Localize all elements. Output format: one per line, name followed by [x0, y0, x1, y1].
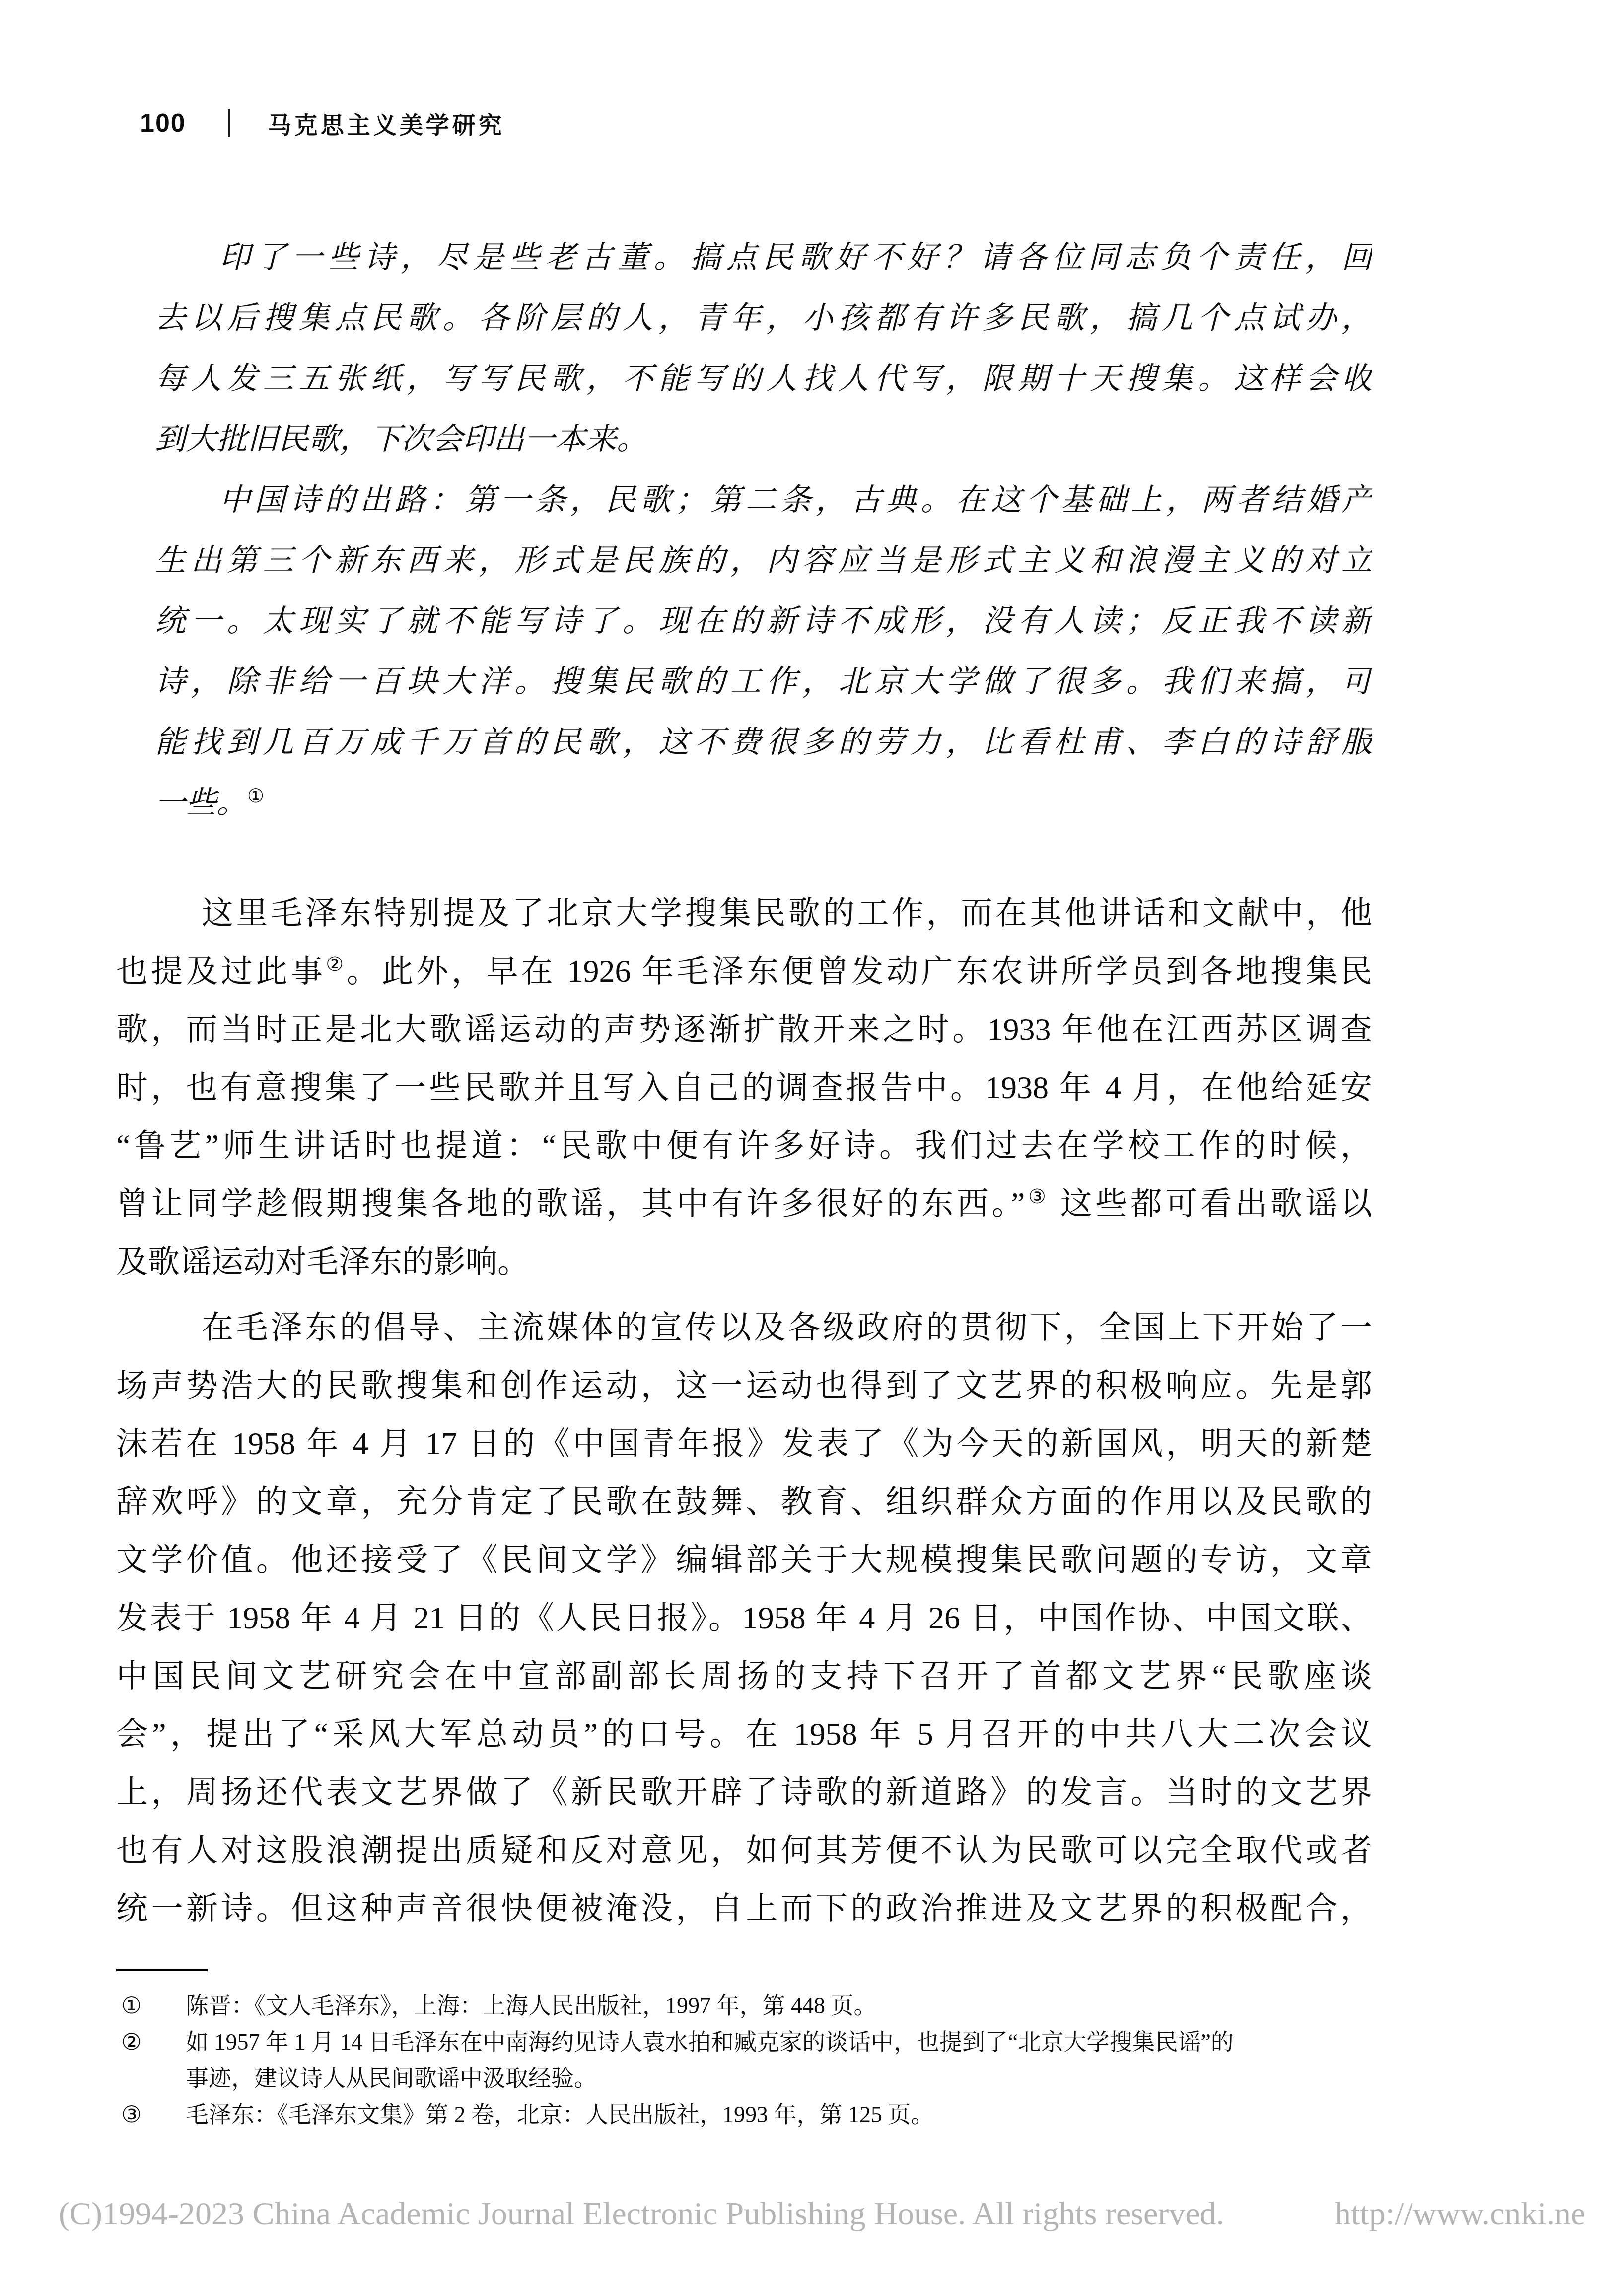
footnote-ref-1: ①	[247, 786, 264, 807]
footnote-ref-3: ③	[1025, 1186, 1049, 1208]
page-number: 100	[140, 108, 186, 138]
scanned-journal-page: 100 马克思主义美学研究 印了一些诗，尽是些老古董。搞点民歌好不好？请各位同志…	[0, 0, 1624, 2288]
body-line-text: 这些都可看出歌谣以	[1049, 1186, 1372, 1221]
journal-title: 马克思主义美学研究	[268, 107, 505, 140]
footnote-2-marker: ②	[116, 2024, 186, 2060]
cnki-url-watermark: http://www.cnki.ne	[1335, 2195, 1585, 2233]
body-line-text: 。此外，早在 1926 年毛泽东便曾发动广东农讲所学员到各地搜集民	[347, 954, 1372, 989]
body-line: 及歌谣运动对毛泽东的影响。	[116, 1233, 1372, 1291]
body-line: “鲁艺”师生讲话时也提道：“民歌中便有许多好诗。我们过去在学校工作的时候，	[116, 1116, 1372, 1175]
footnote-2: ② 如 1957 年 1 月 14 日毛泽东在中南海约见诗人袁水拍和臧克家的谈话…	[116, 2024, 1427, 2096]
body-line: 会”，提出了“采风大军总动员”的口号。在 1958 年 5 月召开的中共八大二次…	[116, 1705, 1372, 1763]
footnote-line: 陈晋：《文人毛泽东》，上海：上海人民出版社，1997 年，第 448 页。	[186, 1988, 1427, 2024]
footnote-line: 如 1957 年 1 月 14 日毛泽东在中南海约见诗人袁水拍和臧克家的谈话中，…	[186, 2024, 1427, 2060]
body-line: 也提及过此事②。此外，早在 1926 年毛泽东便曾发动广东农讲所学员到各地搜集民	[116, 942, 1372, 1000]
body-line: 上，周扬还代表文艺界做了《新民歌开辟了诗歌的新道路》的发言。当时的文艺界	[116, 1763, 1372, 1821]
quote-line: 到大批旧民歌，下次会印出一本来。	[155, 409, 1372, 470]
footnote-separator-rule	[116, 1969, 208, 1971]
footnote-line: 事迹，建议诗人从民间歌谣中汲取经验。	[186, 2060, 1427, 2096]
body-line: 歌，而当时正是北大歌谣运动的声势逐渐扩散开来之时。1933 年他在江西苏区调查	[116, 1000, 1372, 1058]
body-line: 文学价值。他还接受了《民间文学》编辑部关于大规模搜集民歌问题的专访，文章	[116, 1531, 1372, 1589]
footnote-1: ① 陈晋：《文人毛泽东》，上海：上海人民出版社，1997 年，第 448 页。	[116, 1988, 1427, 2024]
footnote-1-body: 陈晋：《文人毛泽东》，上海：上海人民出版社，1997 年，第 448 页。	[186, 1988, 1427, 2024]
footnote-ref-2: ②	[326, 954, 347, 975]
body-line: 沫若在 1958 年 4 月 17 日的《中国青年报》发表了《为今天的新国风，明…	[116, 1414, 1372, 1473]
footnote-line: 毛泽东：《毛泽东文集》第 2 卷，北京：人民出版社，1993 年，第 125 页…	[186, 2096, 1427, 2133]
quote-line: 中国诗的出路：第一条，民歌；第二条，古典。在这个基础上，两者结婚产	[155, 470, 1372, 530]
body-line: 在毛泽东的倡导、主流媒体的宣传以及各级政府的贯彻下，全国上下开始了一	[116, 1298, 1372, 1356]
quote-last-line: 一些。①	[155, 773, 1372, 833]
page-header: 100 马克思主义美学研究	[140, 108, 505, 138]
quote-last-line-text: 一些。	[155, 786, 247, 820]
body-line: 时，也有意搜集了一些民歌并且写入自己的调查报告中。1938 年 4 月，在他给延…	[116, 1058, 1372, 1116]
body-line-text: 也提及过此事	[116, 954, 326, 989]
header-divider	[228, 109, 230, 137]
body-line: 辞欢呼》的文章，充分肯定了民歌在鼓舞、教育、组织群众方面的作用以及民歌的	[116, 1473, 1372, 1531]
footnotes-section: ① 陈晋：《文人毛泽东》，上海：上海人民出版社，1997 年，第 448 页。 …	[116, 1988, 1427, 2133]
quote-line: 生出第三个新东西来，形式是民族的，内容应当是形式主义和浪漫主义的对立	[155, 530, 1372, 591]
copyright-watermark: (C)1994-2023 China Academic Journal Elec…	[59, 2195, 1224, 2233]
body-line: 统一新诗。但这种声音很快便被淹没，自上而下的政治推进及文艺界的积极配合，	[116, 1879, 1372, 1937]
body-line: 也有人对这股浪潮提出质疑和反对意见，如何其芳便不认为民歌可以完全取代或者	[116, 1821, 1372, 1879]
quote-line: 印了一些诗，尽是些老古董。搞点民歌好不好？请各位同志负个责任，回	[155, 227, 1372, 288]
body-paragraph-1: 这里毛泽东特别提及了北京大学搜集民歌的工作，而在其他讲话和文献中，他 也提及过此…	[116, 884, 1372, 1291]
body-line: 场声势浩大的民歌搜集和创作运动，这一运动也得到了文艺界的积极响应。先是郭	[116, 1356, 1372, 1414]
body-line-text: 曾让同学趁假期搜集各地的歌谣，其中有许多很好的东西。”	[116, 1186, 1025, 1221]
footnote-2-body: 如 1957 年 1 月 14 日毛泽东在中南海约见诗人袁水拍和臧克家的谈话中，…	[186, 2024, 1427, 2096]
quote-line: 统一。太现实了就不能写诗了。现在的新诗不成形，没有人读；反正我不读新	[155, 591, 1372, 652]
quote-line: 去以后搜集点民歌。各阶层的人，青年，小孩都有许多民歌，搞几个点试办，	[155, 288, 1372, 349]
quote-line: 每人发三五张纸，写写民歌，不能写的人找人代写，限期十天搜集。这样会收	[155, 349, 1372, 409]
footnote-1-marker: ①	[116, 1988, 186, 2024]
body-line: 曾让同学趁假期搜集各地的歌谣，其中有许多很好的东西。”③ 这些都可看出歌谣以	[116, 1175, 1372, 1233]
quote-line: 能找到几百万成千万首的民歌，这不费很多的劳力，比看杜甫、李白的诗舒服	[155, 712, 1372, 773]
quote-line: 诗，除非给一百块大洋。搜集民歌的工作，北京大学做了很多。我们来搞，可	[155, 652, 1372, 712]
body-line: 发表于 1958 年 4 月 21 日的《人民日报》。1958 年 4 月 26…	[116, 1589, 1372, 1647]
block-quote: 印了一些诗，尽是些老古董。搞点民歌好不好？请各位同志负个责任，回 去以后搜集点民…	[155, 227, 1372, 833]
footnote-3-marker: ③	[116, 2096, 186, 2133]
watermark-footer: (C)1994-2023 China Academic Journal Elec…	[0, 2195, 1624, 2250]
body-paragraph-2: 在毛泽东的倡导、主流媒体的宣传以及各级政府的贯彻下，全国上下开始了一 场声势浩大…	[116, 1298, 1372, 1937]
footnote-3-body: 毛泽东：《毛泽东文集》第 2 卷，北京：人民出版社，1993 年，第 125 页…	[186, 2096, 1427, 2133]
body-line: 这里毛泽东特别提及了北京大学搜集民歌的工作，而在其他讲话和文献中，他	[116, 884, 1372, 942]
footnote-3: ③ 毛泽东：《毛泽东文集》第 2 卷，北京：人民出版社，1993 年，第 125…	[116, 2096, 1427, 2133]
body-line: 中国民间文艺研究会在中宣部副部长周扬的支持下召开了首都文艺界“民歌座谈	[116, 1647, 1372, 1705]
